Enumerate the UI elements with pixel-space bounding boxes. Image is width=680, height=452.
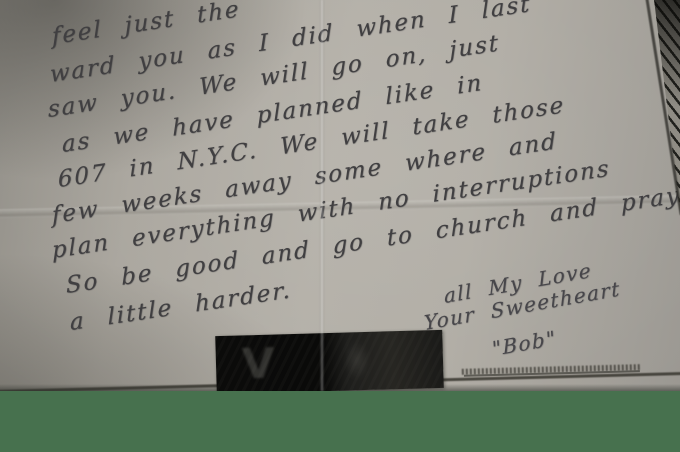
- photo-of-handwritten-letter: feel just the ward you as I did when I l…: [0, 0, 680, 452]
- watermark-letter: V: [241, 339, 275, 389]
- green-backdrop: [0, 391, 680, 452]
- redaction-bar: V: [215, 330, 444, 391]
- vertical-fold-crease: [320, 0, 324, 391]
- letter-paper: feel just the ward you as I did when I l…: [0, 0, 680, 391]
- watermark-smudge: [343, 340, 370, 381]
- signature-line: "Bob": [491, 326, 557, 361]
